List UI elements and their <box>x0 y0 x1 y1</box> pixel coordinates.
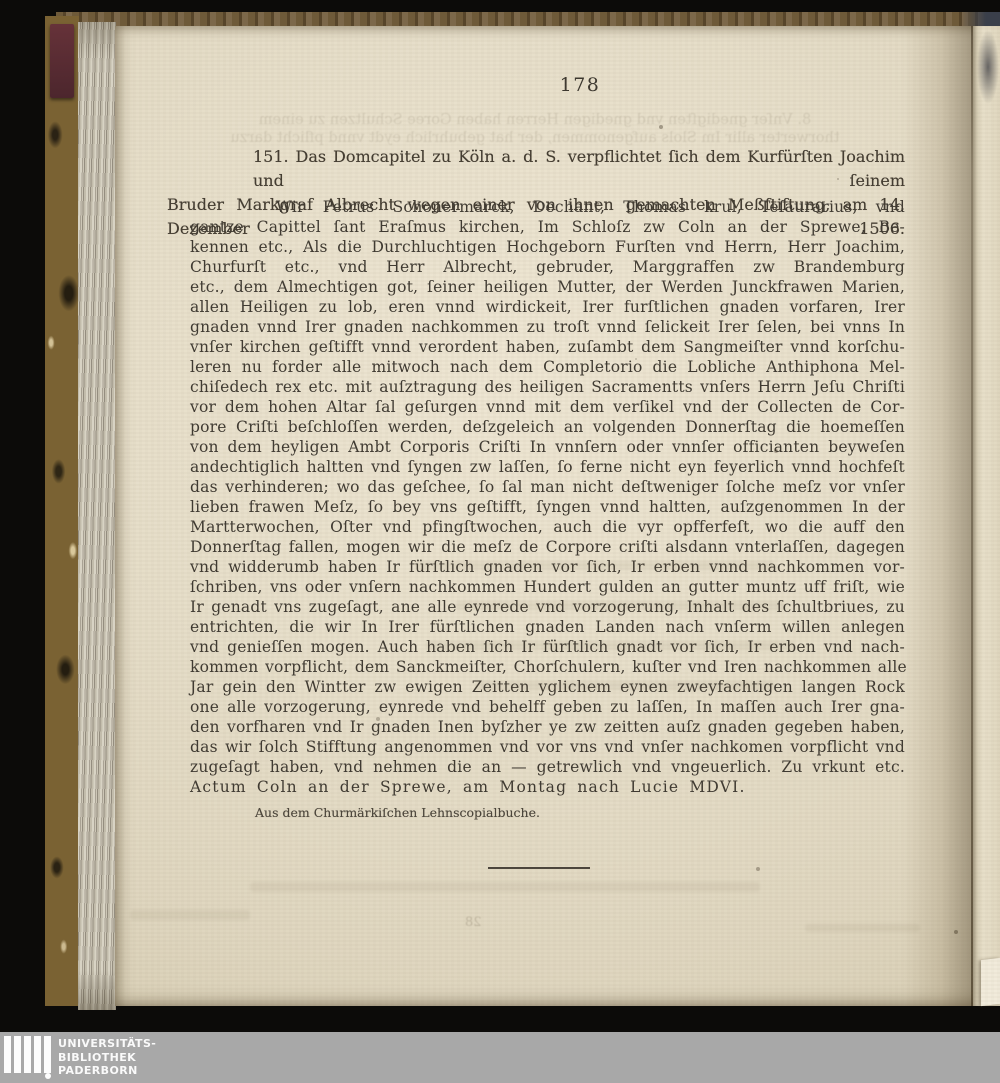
body-line: Churfurſt etc., vnd Herr Albrecht, gebru… <box>190 257 905 277</box>
body-line: entrichten, die wir In Irer fürſtlichen … <box>190 617 905 637</box>
library-name-line: UNIVERSITÄTS- <box>58 1037 156 1051</box>
body-line: zugeſagt haben, vnd nehmen die an — getr… <box>190 757 905 777</box>
spine-label <box>50 24 74 98</box>
logo-bar <box>4 1036 11 1073</box>
library-name-line: PADERBORN <box>58 1064 156 1078</box>
logo-bar <box>24 1036 31 1073</box>
book-scan: 8. Vnſer gnedigſten vnd gnedigen Herren … <box>0 0 1000 1083</box>
watermark-bar: UNIVERSITÄTS- BIBLIOTHEK PADERBORN <box>0 1032 1000 1083</box>
body-line: ſchriben, vns oder vnſern nachkommen Hun… <box>190 577 905 597</box>
document-body: Wir Petrus Schonermarck, Dechant, Thomas… <box>190 197 905 797</box>
bleedthrough-smudge <box>415 561 775 570</box>
separator-rule <box>488 867 590 869</box>
next-page-corner <box>981 958 1000 1006</box>
body-line: allen Heiligen zu lob, eren vnnd wirdick… <box>190 297 905 317</box>
logo-bar <box>34 1036 41 1073</box>
bleedthrough-smudge <box>475 681 775 690</box>
library-logo <box>4 1036 54 1082</box>
body-line: das verhinderen; wo das geſchee, ſo ſal … <box>190 477 905 497</box>
gutter-page-edge <box>973 26 1000 1006</box>
body-line: das wir ſolch Stifftung angenommen vnd v… <box>190 737 905 757</box>
source-note: Aus dem Churmärkiſchen Lehnscopialbuche. <box>255 805 540 820</box>
scanned-page: 8. Vnſer gnedigſten vnd gnedigen Herren … <box>115 26 1000 1006</box>
body-line: leren nu forder alle mitwoch nach dem Co… <box>190 357 905 377</box>
paper-specks <box>115 26 117 28</box>
logo-dot <box>45 1073 51 1079</box>
library-name-line: BIBLIOTHEK <box>58 1051 156 1065</box>
cover-corner-smudge <box>977 30 999 104</box>
bleedthrough-line: 8. Vnſer gnedigſten vnd gnedigen Herren … <box>165 112 905 128</box>
logo-bar <box>14 1036 21 1073</box>
body-line: den vorfharen vnd Ir gnaden Inen byſzher… <box>190 717 905 737</box>
bleedthrough-smudge <box>455 601 785 610</box>
body-line: von dem heyligen Ambt Corporis Criſti In… <box>190 437 905 457</box>
body-line: Wir Petrus Schonermarck, Dechant, Thomas… <box>190 197 905 217</box>
gutter-shadow <box>903 26 973 1006</box>
heading-line: 151. Das Domcapitel zu Köln a. d. S. ver… <box>167 145 905 193</box>
body-line: pore Criſti beſchloſſen werden, deſzgele… <box>190 417 905 437</box>
bleedthrough-line: thorwerter allir Im Slols aufgenommen, d… <box>165 130 905 146</box>
bleedthrough-smudge <box>130 910 250 920</box>
body-line: kommen vorpflicht, dem Sanckmeiſter, Cho… <box>190 657 905 677</box>
bleedthrough-smudge <box>250 882 760 892</box>
body-line: etc., dem Almechtigen got, ſeiner heilig… <box>190 277 905 297</box>
body-line: chiſedech rex etc. mit auſztragung des h… <box>190 377 905 397</box>
body-line: one alle vorzogerung, eynrede vnd behelf… <box>190 697 905 717</box>
body-line: andechtiglich haltten vnd ſyngen zw laſſ… <box>190 457 905 477</box>
page-edge-stack <box>78 22 116 1010</box>
marbled-cover <box>45 16 79 1006</box>
body-line: Donnerſtag fallen, mogen wir die meſz de… <box>190 537 905 557</box>
body-line: gnaden vnnd Irer gnaden nachkommen zu tr… <box>190 317 905 337</box>
body-line: gantze Capittel ſant Eraſmus kirchen, Im… <box>190 217 905 237</box>
page-number: 178 <box>550 74 610 96</box>
bleedthrough-smudge <box>425 641 795 650</box>
body-line: lieben frawen Meſz, ſo bey vns geſtifft,… <box>190 497 905 517</box>
body-line: kennen etc., Als die Durchluchtigen Hoch… <box>190 237 905 257</box>
logo-bar <box>44 1036 51 1073</box>
body-line: Martterwochen, Oſter vnd pfingſtwochen, … <box>190 517 905 537</box>
body-line: Actum Coln an der Sprewe, am Montag nach… <box>190 777 905 797</box>
body-line: vor dem hohen Altar ſal geſurgen vnnd mi… <box>190 397 905 417</box>
body-line: vnſer kirchen geſtifft vnnd verordent ha… <box>190 337 905 357</box>
bleedthrough-print-mark: 28 <box>465 915 482 930</box>
library-name: UNIVERSITÄTS- BIBLIOTHEK PADERBORN <box>58 1037 156 1078</box>
